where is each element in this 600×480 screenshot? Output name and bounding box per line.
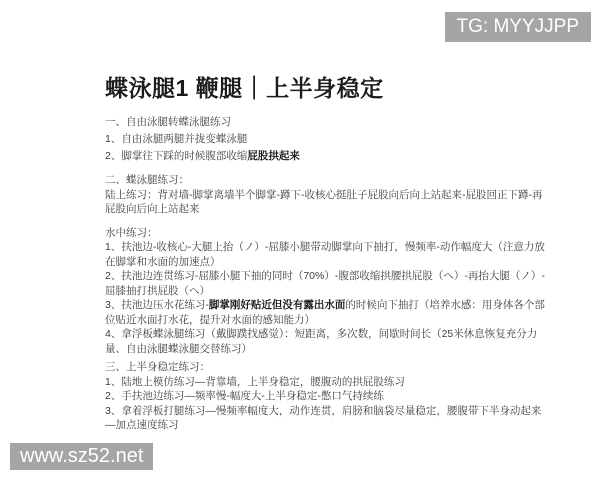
site-watermark-badge: www.sz52.net	[10, 443, 153, 470]
document-body: 一、自由泳腿转蝶泳腿练习 1、自由泳腿两腿并拢变蝶泳腿 2、脚掌往下踩的时候腹部…	[105, 114, 545, 433]
section-butterfly-kick-dryland: 二、蝶泳腿练习： 陆上练习：背对墙-脚掌离墙半个脚掌-蹲下-收核心挺肚子屁股向后…	[105, 173, 545, 217]
body-line: 1、自由泳腿两腿并拢变蝶泳腿	[105, 131, 545, 148]
bold-run: 屁股拱起来	[247, 150, 300, 162]
body-line: 3、拿着浮板打腿练习—慢频率幅度大，动作连贯，肩膀和脑袋尽量稳定，腰腹带下半身动…	[105, 404, 545, 433]
tg-watermark-badge: TG: MYYJJPP	[445, 12, 591, 42]
document-page: TG: MYYJJPP 蝶泳腿1 鞭腿｜上半身稳定 一、自由泳腿转蝶泳腿练习 1…	[0, 0, 600, 480]
body-line: 2、脚掌往下踩的时候腹部收缩屁股拱起来	[105, 148, 545, 165]
body-line: 3、扶池边压水花练习-脚掌刚好贴近但没有露出水面的时候向下抽打（培养水感：用身体…	[105, 298, 545, 327]
body-line: 4、拿浮板蝶泳腿练习（戴脚蹼找感觉）：短距离，多次数，间歇时间长（25米休息恢复…	[105, 327, 545, 356]
body-line: 2、手扶池边练习—频率慢-幅度大-上半身稳定-憋口气持续练	[105, 389, 545, 404]
body-line: 1、陆地上模仿练习—背靠墙，上半身稳定，腰腹动的拱屁股练习	[105, 375, 545, 390]
section-upper-body-stability: 三、上半身稳定练习： 1、陆地上模仿练习—背靠墙，上半身稳定，腰腹动的拱屁股练习…	[105, 360, 545, 433]
section-heading: 水中练习：	[105, 226, 545, 241]
body-line: 陆上练习：背对墙-脚掌离墙半个脚掌-蹲下-收核心挺肚子屁股向后向上站起来-屁股回…	[105, 188, 545, 217]
section-heading: 三、上半身稳定练习：	[105, 360, 545, 375]
section-freestyle-to-butterfly: 一、自由泳腿转蝶泳腿练习 1、自由泳腿两腿并拢变蝶泳腿 2、脚掌往下踩的时候腹部…	[105, 114, 545, 165]
body-line: 2、扶池边连贯练习-屈膝小腿下抽的同时（70%）-腹部收缩拱腰拱屁股（へ）-再抬…	[105, 269, 545, 298]
section-heading: 二、蝶泳腿练习：	[105, 173, 545, 188]
page-title: 蝶泳腿1 鞭腿｜上半身稳定	[105, 70, 384, 103]
bold-run: 脚掌刚好贴近但没有露出水面	[209, 299, 346, 311]
body-line: 1、扶池边-收核心-大腿上抬（ノ）-屈膝小腿带动脚掌向下抽打，慢频率-动作幅度大…	[105, 240, 545, 269]
section-heading: 一、自由泳腿转蝶泳腿练习	[105, 114, 545, 131]
section-in-water-drills: 水中练习： 1、扶池边-收核心-大腿上抬（ノ）-屈膝小腿带动脚掌向下抽打，慢频率…	[105, 226, 545, 357]
